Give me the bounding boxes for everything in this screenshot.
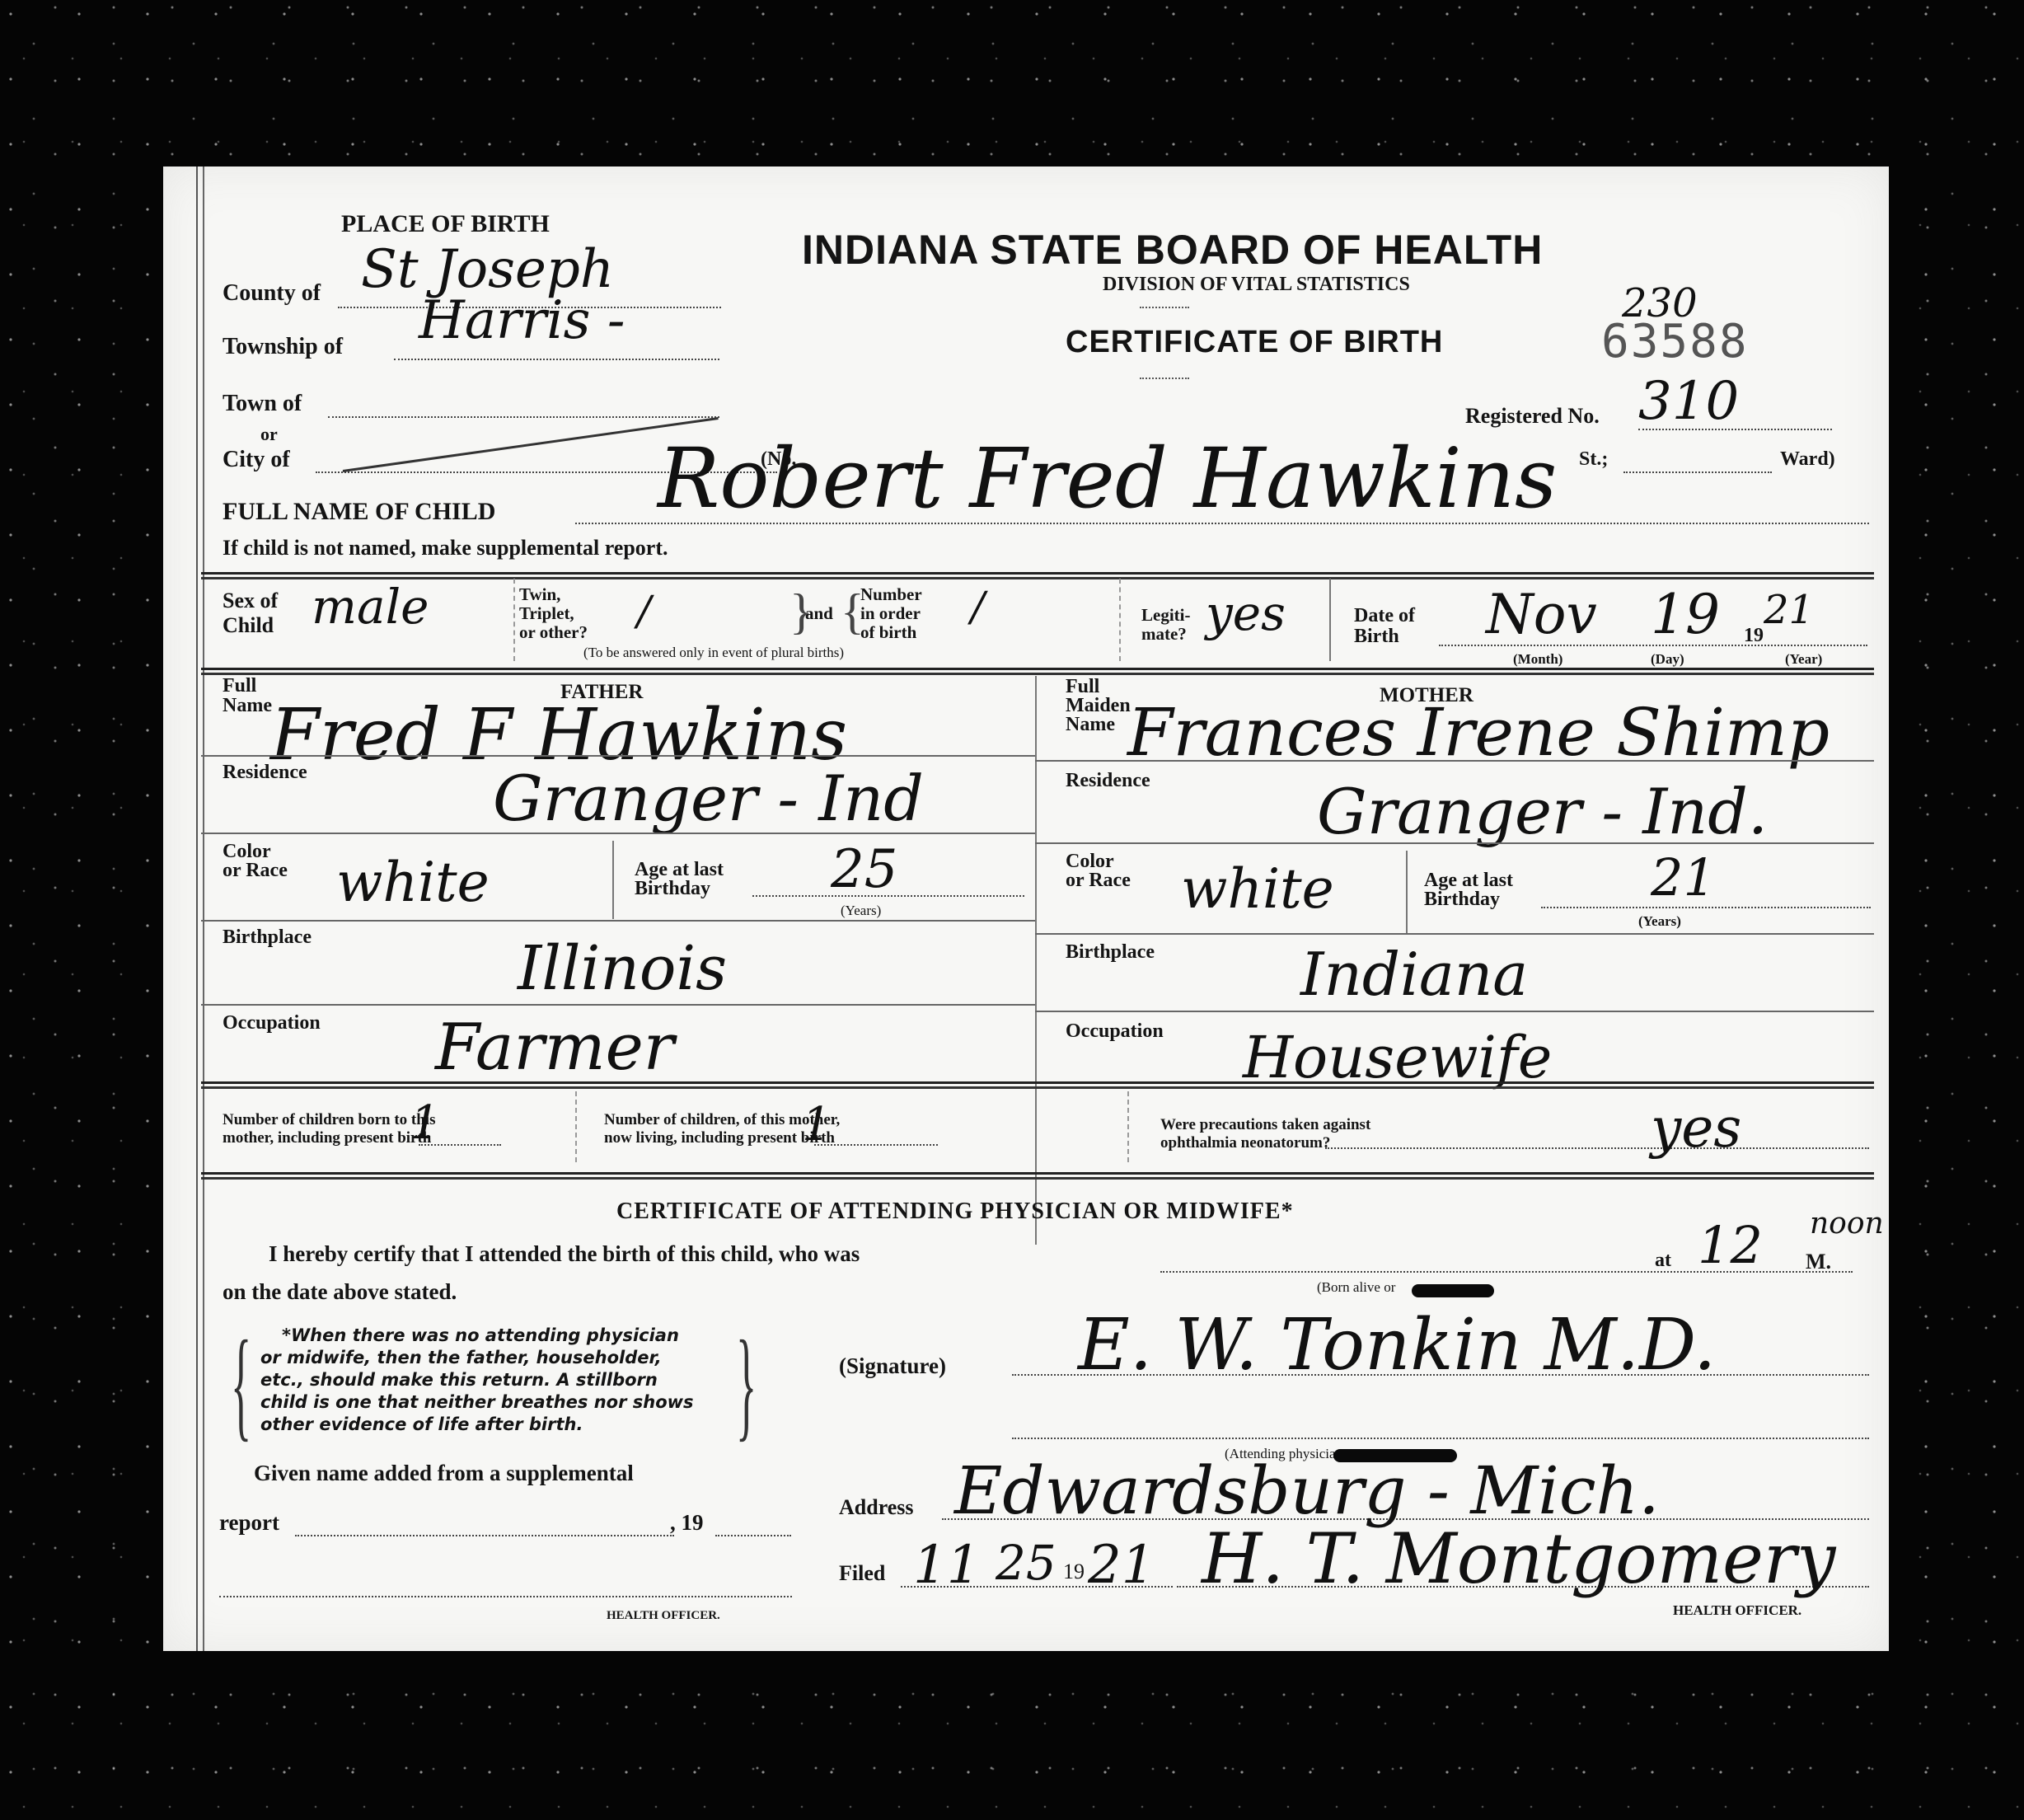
sex-value: male bbox=[312, 579, 429, 635]
birth-certificate: PLACE OF BIRTH County of St Joseph Towns… bbox=[163, 167, 1889, 1651]
m-label: M. bbox=[1806, 1250, 1831, 1274]
father-occupation: Farmer bbox=[435, 1011, 674, 1085]
place-of-birth-heading: PLACE OF BIRTH bbox=[341, 210, 550, 238]
column-divider bbox=[1127, 1091, 1129, 1162]
column-divider bbox=[575, 1091, 577, 1162]
dob-month: Nov bbox=[1486, 583, 1597, 646]
ophthalmia-value: yes bbox=[1651, 1096, 1741, 1160]
children-living-line bbox=[814, 1144, 938, 1146]
father-years-caption: (Years) bbox=[841, 903, 881, 919]
row-rule bbox=[201, 755, 1035, 757]
column-divider bbox=[1329, 579, 1331, 661]
dob-year-prefix: 19 bbox=[1744, 626, 1764, 645]
health-officer-caption: HEALTH OFFICER. bbox=[1673, 1602, 1801, 1619]
divider-ornament bbox=[1140, 307, 1189, 308]
children-born-label: Number of children born to this mother, … bbox=[223, 1111, 435, 1147]
father-race-label: Color or Race bbox=[223, 842, 288, 880]
date-stated-text: on the date above stated. bbox=[223, 1279, 457, 1305]
birth-order-value: / bbox=[971, 583, 985, 631]
twin-label: Twin, Triplet, or other? bbox=[519, 585, 588, 642]
division-title: DIVISION OF VITAL STATISTICS bbox=[1103, 274, 1410, 296]
plural-births-note: (To be answered only in event of plural … bbox=[583, 645, 844, 661]
mother-race-label: Color or Race bbox=[1066, 852, 1131, 890]
filed-year-prefix: 19 bbox=[1063, 1560, 1085, 1584]
registered-no-value: 310 bbox=[1638, 371, 1739, 432]
supplemental-officer-caption: HEALTH OFFICER. bbox=[607, 1609, 720, 1623]
report-line bbox=[295, 1535, 674, 1536]
filed-month: 11 bbox=[913, 1535, 980, 1596]
left-margin-rule bbox=[196, 167, 204, 1651]
mother-residence: Granger - Ind. bbox=[1317, 775, 1768, 848]
unnamed-note: If child is not named, make supplemental… bbox=[223, 536, 668, 561]
father-birthplace: Illinois bbox=[518, 933, 727, 1004]
section-rule bbox=[201, 572, 1874, 579]
at-label: at bbox=[1655, 1250, 1671, 1272]
twin-value: / bbox=[637, 587, 651, 635]
township-line bbox=[394, 359, 719, 360]
dob-label: Date of Birth bbox=[1354, 606, 1415, 647]
city-label: City of bbox=[223, 447, 290, 473]
dob-year: 21 bbox=[1764, 587, 1814, 633]
column-divider bbox=[513, 579, 515, 661]
month-caption: (Month) bbox=[1513, 651, 1563, 668]
sex-label: Sex of Child bbox=[223, 589, 278, 638]
father-occupation-label: Occupation bbox=[223, 1014, 321, 1033]
report-label: report bbox=[219, 1510, 279, 1536]
row-rule bbox=[1035, 933, 1874, 935]
redacted-mark bbox=[1412, 1284, 1494, 1297]
section-rule bbox=[201, 1172, 1874, 1180]
health-officer-signature: H. T. Montgomery bbox=[1202, 1518, 1836, 1599]
full-name-label: FULL NAME OF CHILD bbox=[223, 498, 495, 526]
ward-label: Ward) bbox=[1780, 448, 1835, 471]
ophthalmia-line bbox=[1325, 1147, 1869, 1149]
footnote-brace-left: { bbox=[231, 1322, 251, 1446]
mother-occupation-label: Occupation bbox=[1066, 1022, 1164, 1041]
mother-age-label: Age at last Birthday bbox=[1424, 871, 1513, 909]
filed-label: Filed bbox=[839, 1561, 885, 1586]
certify-text: I hereby certify that I attended the bir… bbox=[269, 1241, 860, 1267]
column-divider bbox=[1119, 579, 1121, 661]
registered-no-label: Registered No. bbox=[1465, 404, 1600, 429]
father-race: white bbox=[336, 851, 490, 914]
mother-age: 21 bbox=[1651, 847, 1716, 908]
county-label: County of bbox=[223, 280, 321, 307]
dob-day: 19 bbox=[1651, 583, 1720, 646]
footnote-brace-right: } bbox=[736, 1322, 757, 1446]
section-rule bbox=[201, 1081, 1874, 1089]
mother-race: white bbox=[1181, 857, 1334, 921]
supplemental-text: Given name added from a supplemental bbox=[254, 1461, 634, 1486]
year-caption: (Year) bbox=[1785, 651, 1822, 668]
physician-heading: CERTIFICATE OF ATTENDING PHYSICIAN OR MI… bbox=[616, 1198, 1294, 1225]
father-residence: Granger - Ind bbox=[493, 762, 924, 835]
township-label: Township of bbox=[223, 334, 343, 360]
legitimate-label: Legiti- mate? bbox=[1141, 606, 1190, 644]
born-alive-caption: (Born alive or bbox=[1317, 1279, 1395, 1296]
row-rule bbox=[201, 833, 1035, 834]
divider-ornament bbox=[1140, 378, 1189, 379]
physician-signature: E. W. Tonkin M.D. bbox=[1078, 1304, 1716, 1386]
father-birthplace-label: Birthplace bbox=[223, 928, 312, 947]
mother-years-caption: (Years) bbox=[1638, 913, 1681, 930]
legitimate-value: yes bbox=[1206, 585, 1286, 641]
row-rule bbox=[1035, 1011, 1874, 1012]
mother-residence-label: Residence bbox=[1066, 772, 1150, 790]
row-rule bbox=[201, 920, 1035, 922]
township-value: Harris - bbox=[419, 290, 625, 351]
board-title: INDIANA STATE BOARD OF HEALTH bbox=[802, 226, 1543, 274]
children-living-value: 1 bbox=[802, 1098, 832, 1152]
signature-line-2 bbox=[1012, 1438, 1869, 1439]
father-name-label: Full Name bbox=[223, 676, 272, 715]
report-year-prefix: , 19 bbox=[670, 1510, 704, 1536]
filed-year: 21 bbox=[1088, 1535, 1155, 1596]
row-rule bbox=[1035, 842, 1874, 844]
row-rule bbox=[201, 1004, 1035, 1006]
column-divider bbox=[1406, 851, 1408, 933]
town-line bbox=[328, 416, 719, 418]
time-note: noon bbox=[1810, 1207, 1884, 1241]
child-full-name: Robert Fred Hawkins bbox=[658, 430, 1557, 527]
certificate-title: CERTIFICATE OF BIRTH bbox=[1066, 325, 1443, 360]
town-label: Town of bbox=[223, 391, 302, 417]
father-age-label: Age at last Birthday bbox=[635, 861, 724, 898]
or-label: or bbox=[260, 424, 278, 445]
day-caption: (Day) bbox=[1651, 651, 1684, 668]
supplemental-officer-line bbox=[219, 1596, 792, 1597]
footnote-text: *When there was no attending physician o… bbox=[260, 1325, 694, 1436]
street-label: St.; bbox=[1579, 448, 1608, 471]
ward-line bbox=[1623, 471, 1772, 473]
birth-time: 12 bbox=[1698, 1215, 1763, 1275]
state-file-number-handwritten: 230 bbox=[1622, 280, 1698, 326]
children-born-value: 1 bbox=[410, 1096, 440, 1150]
father-age: 25 bbox=[831, 839, 897, 900]
report-year-line bbox=[715, 1535, 791, 1536]
birth-order-label: Number in order of birth bbox=[860, 585, 922, 642]
row-rule bbox=[1035, 760, 1874, 762]
and-label: and bbox=[805, 604, 833, 623]
signature-label: (Signature) bbox=[839, 1353, 946, 1379]
mother-name-label: Full Maiden Name bbox=[1066, 678, 1131, 734]
father-residence-label: Residence bbox=[223, 763, 307, 782]
address-label: Address bbox=[839, 1495, 914, 1520]
column-divider bbox=[612, 841, 614, 919]
section-rule bbox=[201, 668, 1874, 675]
mother-birthplace: Indiana bbox=[1300, 940, 1528, 1009]
mother-birthplace-label: Birthplace bbox=[1066, 943, 1155, 962]
filed-day: 25 bbox=[996, 1535, 1057, 1591]
